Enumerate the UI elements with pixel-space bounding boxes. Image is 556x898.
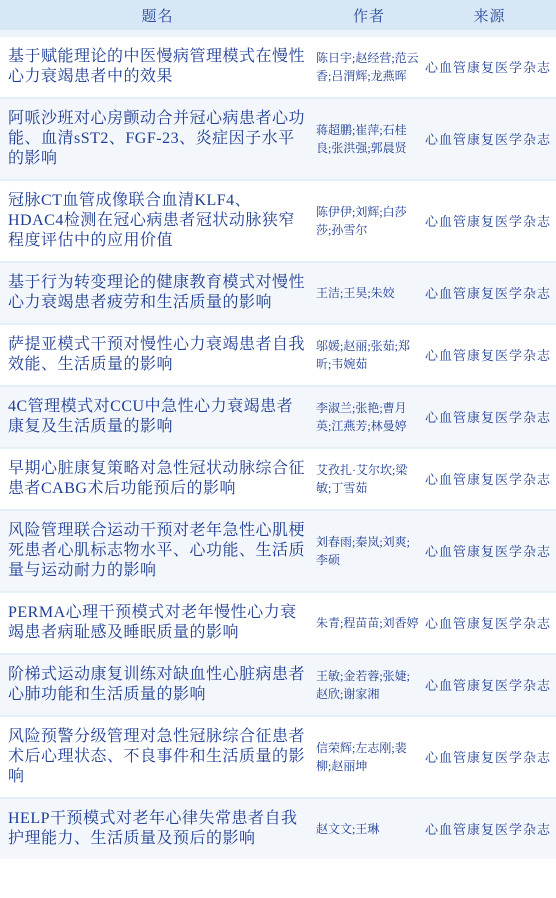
paper-title-link[interactable]: 萨提亚模式干预对慢性心力衰竭患者自我效能、生活质量的影响 [8, 336, 305, 373]
paper-title-link[interactable]: PERMA心理干预模式对老年慢性心力衰竭患者病耻感及睡眠质量的影响 [8, 604, 297, 641]
source-text: 心血管康复医学杂志 [425, 60, 551, 75]
column-header-source: 来源 [423, 0, 556, 34]
table-header: 题名 作者 来源 [0, 0, 556, 34]
authors-text: 刘春雨;秦岚;刘爽;李硕 [316, 535, 410, 567]
table-row: 萨提亚模式干预对慢性心力衰竭患者自我效能、生活质量的影响 邬媛;赵丽;张茹;郑昕… [0, 324, 556, 386]
paper-title-link[interactable]: 基于赋能理论的中医慢病管理模式在慢性心力衰竭患者中的效果 [8, 48, 305, 85]
table-row: 冠脉CT血管成像联合血清KLF4、HDAC4检测在冠心病患者冠状动脉狭窄程度评估… [0, 180, 556, 262]
authors-cell: 王敏;金若蓉;张婕;赵欣;谢家湘 [315, 654, 423, 716]
column-header-title: 题名 [0, 0, 315, 34]
table-row: 风险预警分级管理对急性冠脉综合征患者术后心理状态、不良事件和生活质量的影响 信荣… [0, 716, 556, 798]
title-cell: 阿哌沙班对心房颤动合并冠心病患者心功能、血清sST2、FGF-23、炎症因子水平… [0, 98, 315, 180]
table-row: 4C管理模式对CCU中急性心力衰竭患者康复及生活质量的影响 李淑兰;张艳;曹月英… [0, 386, 556, 448]
title-cell: 4C管理模式对CCU中急性心力衰竭患者康复及生活质量的影响 [0, 386, 315, 448]
title-cell: 基于赋能理论的中医慢病管理模式在慢性心力衰竭患者中的效果 [0, 34, 315, 99]
table-row: HELP干预模式对老年心律失常患者自我护理能力、生活质量及预后的影响 赵文文;王… [0, 798, 556, 859]
title-cell: 风险管理联合运动干预对老年急性心肌梗死患者心肌标志物水平、心功能、生活质量与运动… [0, 510, 315, 592]
table-row: PERMA心理干预模式对老年慢性心力衰竭患者病耻感及睡眠质量的影响 朱青;程苗苗… [0, 592, 556, 654]
column-header-authors: 作者 [315, 0, 423, 34]
results-body: 基于赋能理论的中医慢病管理模式在慢性心力衰竭患者中的效果 陈日宇;赵经营;范云香… [0, 34, 556, 860]
source-cell: 心血管康复医学杂志 [423, 716, 556, 798]
source-cell: 心血管康复医学杂志 [423, 262, 556, 324]
source-text: 心血管康复医学杂志 [425, 678, 551, 693]
title-cell: PERMA心理干预模式对老年慢性心力衰竭患者病耻感及睡眠质量的影响 [0, 592, 315, 654]
paper-title-link[interactable]: 4C管理模式对CCU中急性心力衰竭患者康复及生活质量的影响 [8, 398, 293, 435]
authors-text: 邬媛;赵丽;张茹;郑昕;韦婉茹 [316, 339, 410, 371]
table-row: 风险管理联合运动干预对老年急性心肌梗死患者心肌标志物水平、心功能、生活质量与运动… [0, 510, 556, 592]
table-row: 早期心脏康复策略对急性冠状动脉综合征患者CABG术后功能预后的影响 艾孜扎·艾尔… [0, 448, 556, 510]
authors-cell: 蒋超鹏;崔萍;石桂良;张洪强;郭晨贤 [315, 98, 423, 180]
source-text: 心血管康复医学杂志 [425, 132, 551, 147]
source-cell: 心血管康复医学杂志 [423, 34, 556, 99]
title-cell: 阶梯式运动康复训练对缺血性心脏病患者心肺功能和生活质量的影响 [0, 654, 315, 716]
paper-title-link[interactable]: HELP干预模式对老年心律失常患者自我护理能力、生活质量及预后的影响 [8, 810, 298, 847]
source-text: 心血管康复医学杂志 [425, 544, 551, 559]
authors-text: 信荣辉;左志刚;裴柳;赵丽坤 [316, 741, 407, 773]
table-row: 基于赋能理论的中医慢病管理模式在慢性心力衰竭患者中的效果 陈日宇;赵经营;范云香… [0, 34, 556, 99]
authors-cell: 陈日宇;赵经营;范云香;吕渭辉;龙燕晖 [315, 34, 423, 99]
authors-cell: 刘春雨;秦岚;刘爽;李硕 [315, 510, 423, 592]
authors-text: 蒋超鹏;崔萍;石桂良;张洪强;郭晨贤 [316, 123, 407, 155]
search-results-table: 题名 作者 来源 基于赋能理论的中医慢病管理模式在慢性心力衰竭患者中的效果 陈日… [0, 0, 556, 859]
table-row: 阶梯式运动康复训练对缺血性心脏病患者心肺功能和生活质量的影响 王敏;金若蓉;张婕… [0, 654, 556, 716]
source-cell: 心血管康复医学杂志 [423, 448, 556, 510]
source-text: 心血管康复医学杂志 [425, 750, 551, 765]
authors-cell: 艾孜扎·艾尔坎;梁敏;丁雪茹 [315, 448, 423, 510]
authors-text: 陈日宇;赵经营;范云香;吕渭辉;龙燕晖 [316, 51, 419, 83]
source-cell: 心血管康复医学杂志 [423, 324, 556, 386]
authors-cell: 赵文文;王琳 [315, 798, 423, 859]
table-row: 基于行为转变理论的健康教育模式对慢性心力衰竭患者疲劳和生活质量的影响 王洁;王昊… [0, 262, 556, 324]
authors-text: 李淑兰;张艳;曹月英;江燕芳;林曼婷 [316, 401, 407, 433]
title-cell: 萨提亚模式干预对慢性心力衰竭患者自我效能、生活质量的影响 [0, 324, 315, 386]
paper-title-link[interactable]: 阿哌沙班对心房颤动合并冠心病患者心功能、血清sST2、FGF-23、炎症因子水平… [8, 110, 305, 167]
authors-text: 赵文文;王琳 [316, 822, 379, 836]
paper-title-link[interactable]: 基于行为转变理论的健康教育模式对慢性心力衰竭患者疲劳和生活质量的影响 [8, 274, 305, 311]
source-cell: 心血管康复医学杂志 [423, 654, 556, 716]
authors-text: 陈伊伊;刘辉;白莎莎;孙雪尔 [316, 205, 407, 237]
authors-cell: 陈伊伊;刘辉;白莎莎;孙雪尔 [315, 180, 423, 262]
source-cell: 心血管康复医学杂志 [423, 180, 556, 262]
source-text: 心血管康复医学杂志 [425, 214, 551, 229]
title-cell: 早期心脏康复策略对急性冠状动脉综合征患者CABG术后功能预后的影响 [0, 448, 315, 510]
paper-title-link[interactable]: 阶梯式运动康复训练对缺血性心脏病患者心肺功能和生活质量的影响 [8, 666, 305, 703]
paper-title-link[interactable]: 早期心脏康复策略对急性冠状动脉综合征患者CABG术后功能预后的影响 [8, 460, 305, 497]
authors-cell: 朱青;程苗苗;刘香婷 [315, 592, 423, 654]
authors-text: 艾孜扎·艾尔坎;梁敏;丁雪茹 [316, 463, 407, 495]
authors-cell: 王洁;王昊;朱姣 [315, 262, 423, 324]
authors-cell: 邬媛;赵丽;张茹;郑昕;韦婉茹 [315, 324, 423, 386]
source-text: 心血管康复医学杂志 [425, 472, 551, 487]
title-cell: HELP干预模式对老年心律失常患者自我护理能力、生活质量及预后的影响 [0, 798, 315, 859]
source-cell: 心血管康复医学杂志 [423, 592, 556, 654]
source-cell: 心血管康复医学杂志 [423, 98, 556, 180]
source-text: 心血管康复医学杂志 [425, 822, 551, 837]
authors-text: 王敏;金若蓉;张婕;赵欣;谢家湘 [316, 669, 410, 701]
source-cell: 心血管康复医学杂志 [423, 510, 556, 592]
paper-title-link[interactable]: 风险管理联合运动干预对老年急性心肌梗死患者心肌标志物水平、心功能、生活质量与运动… [8, 522, 305, 579]
source-cell: 心血管康复医学杂志 [423, 386, 556, 448]
paper-title-link[interactable]: 冠脉CT血管成像联合血清KLF4、HDAC4检测在冠心病患者冠状动脉狭窄程度评估… [8, 192, 295, 249]
table-row: 阿哌沙班对心房颤动合并冠心病患者心功能、血清sST2、FGF-23、炎症因子水平… [0, 98, 556, 180]
title-cell: 冠脉CT血管成像联合血清KLF4、HDAC4检测在冠心病患者冠状动脉狭窄程度评估… [0, 180, 315, 262]
authors-cell: 信荣辉;左志刚;裴柳;赵丽坤 [315, 716, 423, 798]
source-cell: 心血管康复医学杂志 [423, 798, 556, 859]
authors-text: 朱青;程苗苗;刘香婷 [316, 616, 419, 630]
source-text: 心血管康复医学杂志 [425, 348, 551, 363]
title-cell: 基于行为转变理论的健康教育模式对慢性心力衰竭患者疲劳和生活质量的影响 [0, 262, 315, 324]
authors-text: 王洁;王昊;朱姣 [316, 286, 395, 300]
source-text: 心血管康复医学杂志 [425, 410, 551, 425]
authors-cell: 李淑兰;张艳;曹月英;江燕芳;林曼婷 [315, 386, 423, 448]
paper-title-link[interactable]: 风险预警分级管理对急性冠脉综合征患者术后心理状态、不良事件和生活质量的影响 [8, 728, 305, 785]
header-row: 题名 作者 来源 [0, 0, 556, 34]
source-text: 心血管康复医学杂志 [425, 286, 551, 301]
title-cell: 风险预警分级管理对急性冠脉综合征患者术后心理状态、不良事件和生活质量的影响 [0, 716, 315, 798]
source-text: 心血管康复医学杂志 [425, 616, 551, 631]
